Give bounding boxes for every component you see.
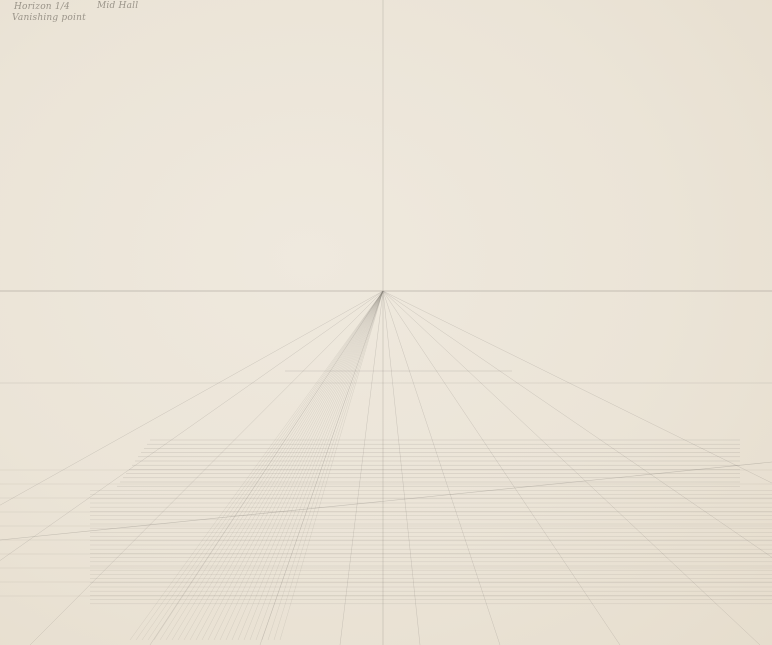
annotation-title: Mid Hall [97,1,138,11]
drawing-canvas: Horizon 1/4 Vanishing point Mid Hall [0,0,772,645]
perspective-drawing [0,0,772,645]
annotation-vanishing-point: Vanishing point [12,13,86,23]
annotation-horizon: Horizon 1/4 [14,2,70,12]
